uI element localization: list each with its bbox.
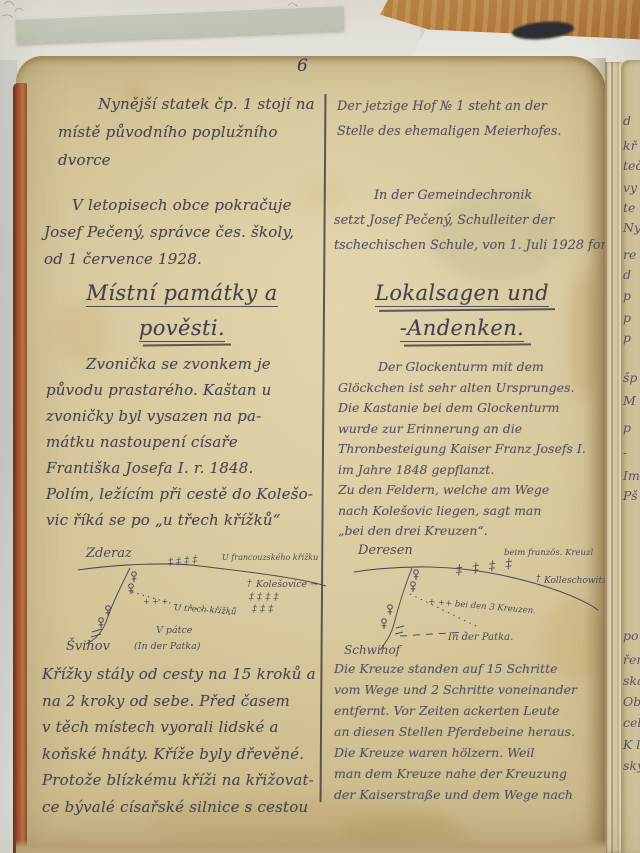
text-line: Zvonička se zvonkem je xyxy=(46,351,332,377)
text-line: Zu den Feldern, welche am Wege xyxy=(338,480,614,501)
text-line: vom Wege und 2 Schritte voneinander xyxy=(334,679,616,700)
text-line: nach Kolešovic liegen, sagt man xyxy=(338,501,614,522)
right-heading-line1: Lokalsagen und xyxy=(342,281,582,307)
side-road-line xyxy=(380,568,412,650)
label-patka: In der Patka. xyxy=(447,632,513,643)
photo-of-chronicle-page: 6 Nynější statek čp. 1 stojí namístě pův… xyxy=(0,0,640,853)
left-paragraph-1: Nynější statek čp. 1 stojí namístě původ… xyxy=(58,90,324,174)
left-diagram-map: Zderaz ‡ ‡ ‡ ‡ U francouzského křížku † … xyxy=(50,542,330,664)
label-french-cross: beim französ. Kreuzl xyxy=(504,548,593,558)
right-heading-text2: -Andenken. xyxy=(400,316,525,342)
next-page-text-fragments: dkřtečvyteNyredpppšpMp-ImPšpořemskaObyce… xyxy=(622,78,640,798)
label-french-cross: U francouzského křížku xyxy=(222,553,318,562)
text-line: Der Glockenturm mit dem xyxy=(338,357,614,378)
text-line: wurde zur Erinnerung an die xyxy=(338,419,614,440)
tick-marks xyxy=(395,626,404,634)
text-line: Die Kreuze waren hölzern. Weil xyxy=(334,742,616,763)
text-line: an diesen Stellen Pferdebeine heraus. xyxy=(334,721,616,742)
page-fore-edges xyxy=(605,62,622,853)
text-line: ce bývalé císařské silnice s cestou xyxy=(42,794,332,821)
text-line: na 2 kroky od sebe. Před časem xyxy=(42,688,332,715)
text-line: Josef Pečený, správce čes. školy, xyxy=(44,219,326,246)
label-zderaz: Zderaz xyxy=(85,546,132,561)
text-line: p xyxy=(623,288,631,303)
text-line: ska xyxy=(623,673,640,688)
text-line: man dem Kreuze nahe der Kreuzung xyxy=(334,763,616,784)
text-line: Františka Josefa I. r. 1848. xyxy=(46,455,332,481)
text-line: im Jahre 1848 gepflanzt. xyxy=(338,460,614,481)
text-line: Die Kreuze standen auf 15 Schritte xyxy=(334,658,616,679)
text-line: koňské hnáty. Kříže byly dřevěné. xyxy=(42,741,332,768)
road-crosses: ‡ ‡ ‡ ‡ xyxy=(167,554,199,568)
text-line: Im xyxy=(623,468,640,483)
text-line: řem xyxy=(623,652,640,667)
road-crosses: ‡ ‡ ‡ ‡ xyxy=(454,556,516,578)
wayside-cross-icon xyxy=(388,605,393,615)
kolesovice-cross-icon: † xyxy=(247,579,252,589)
text-line: te xyxy=(623,200,635,215)
text-line: M xyxy=(623,393,636,408)
spine-crease-shadow xyxy=(584,58,606,853)
text-line: Glöckchen ist sehr alten Ursprunges. xyxy=(338,378,614,399)
text-line: der Kaiserstraße und dem Wege nach xyxy=(334,784,616,805)
text-line: vy xyxy=(623,180,637,195)
right-paragraph-2: In der Gemeindechroniksetzt Josef Pečený… xyxy=(334,183,616,258)
text-line: d xyxy=(623,267,631,282)
cover-edge-red xyxy=(13,83,27,853)
label-schwihof: Schwihof xyxy=(344,643,403,657)
text-line: entfernt. Vor Zeiten ackerten Leute xyxy=(334,700,616,721)
kolleschowitz-cross-icon: † xyxy=(536,574,541,584)
label-kolesovice: Kolešovice → xyxy=(255,579,318,590)
text-line: ský xyxy=(623,758,640,773)
cross-cluster-row1: ‡ ‡ ‡ ‡ xyxy=(248,592,280,603)
left-paragraph-3: Zvonička se zvonkem jepůvodu prastarého.… xyxy=(46,351,332,533)
left-heading-text2: pověsti. xyxy=(139,316,225,342)
text-line: zvoničky byl vysazen na pa- xyxy=(46,403,332,429)
text-line: Polím, ležícím při cestě do Kolešo- xyxy=(46,481,332,507)
text-line: teč xyxy=(623,158,640,173)
text-line: po xyxy=(623,628,639,643)
text-line: kř xyxy=(623,138,637,153)
right-paragraph-3: Der Glockenturm mit demGlöckchen ist seh… xyxy=(338,357,614,542)
right-heading-text1: Lokalsagen und xyxy=(375,281,549,307)
label-three-crosses: U třech křížků xyxy=(174,601,237,617)
text-line: Křížky stály od cesty na 15 kroků a xyxy=(42,661,332,688)
text-line: - xyxy=(623,445,627,460)
text-line: Oby xyxy=(623,694,640,709)
label-patka-de: (In der Patka) xyxy=(134,641,201,652)
text-line: p xyxy=(623,310,631,325)
text-line: mátku nastoupení císaře xyxy=(46,429,332,455)
text-line: Protože blízkému kříži na křižovat- xyxy=(42,767,332,794)
text-line: K l xyxy=(623,737,640,752)
plus-marks: + + + xyxy=(143,597,168,606)
text-line: Stelle des ehemaligen Meierhofes. xyxy=(337,119,609,144)
wayside-cross-icon xyxy=(106,606,111,616)
text-line: Nynější statek čp. 1 stojí na xyxy=(58,90,324,118)
text-line: vic říká se po „u třech křížků“ xyxy=(46,507,332,533)
text-line: původu prastarého. Kaštan u xyxy=(46,377,332,403)
text-line: re xyxy=(623,247,636,262)
text-line: In der Gemeindechronik xyxy=(334,183,616,208)
label-deresen: Deresen xyxy=(357,543,413,558)
text-line: p xyxy=(623,420,631,435)
wayside-cross-icon xyxy=(411,582,416,592)
label-three-crosses: + ++ bei den 3 Kreuzen. xyxy=(428,597,536,616)
text-line: Die Kastanie bei dem Glockenturm xyxy=(338,398,614,419)
label-patka-cz: V pátce xyxy=(156,625,193,636)
right-diagram-map: Deresen ‡ ‡ ‡ ‡ beim französ. Kreuzl † K… xyxy=(336,540,608,666)
right-paragraph-4: Die Kreuze standen auf 15 Schrittevom We… xyxy=(334,658,616,805)
page-bottom-edge xyxy=(16,840,606,853)
text-line: Pš xyxy=(623,488,638,503)
label-svihov: Švihov xyxy=(66,637,111,654)
left-paragraph-4: Křížky stály od cesty na 15 kroků ana 2 … xyxy=(42,661,332,820)
text-line: Der jetzige Hof № 1 steht an der xyxy=(337,94,609,119)
text-line: tschechischen Schule, von 1. Juli 1928 f… xyxy=(334,233,616,258)
left-heading-text1: Místní památky a xyxy=(86,281,277,307)
text-line: v těch místech vyorali lidské a xyxy=(42,714,332,741)
text-line: dvorce xyxy=(58,146,324,174)
right-paragraph-1: Der jetzige Hof № 1 steht an derStelle d… xyxy=(337,94,609,144)
text-line: celk xyxy=(623,715,640,730)
left-paragraph-2: V letopisech obce pokračujeJosef Pečený,… xyxy=(44,192,326,273)
text-line: od 1 července 1928. xyxy=(44,246,326,273)
text-line: „bei den drei Kreuzen“. xyxy=(338,521,614,542)
page-number: 6 xyxy=(297,56,308,76)
text-line: p xyxy=(623,330,631,345)
left-heading-line2: pověsti. xyxy=(58,316,306,342)
text-line: Ny xyxy=(623,220,640,235)
wayside-cross-icon xyxy=(132,572,137,582)
wayside-cross-icon xyxy=(414,570,419,580)
cross-cluster-row2: ‡ ‡ ‡ xyxy=(251,604,274,615)
text-line: d xyxy=(623,113,631,128)
text-line: V letopisech obce pokračuje xyxy=(44,192,326,219)
wayside-cross-icon xyxy=(99,618,104,628)
text-line: místě původního poplužního xyxy=(58,118,324,146)
left-heading-line1: Místní památky a xyxy=(58,281,306,307)
text-line: setzt Josef Pečený, Schulleiter der xyxy=(334,208,616,233)
text-line: šp xyxy=(623,370,637,385)
wayside-cross-icon xyxy=(382,619,387,629)
right-heading-line2: -Andenken. xyxy=(342,316,582,342)
text-line: Thronbesteigung Kaiser Franz Josefs I. xyxy=(338,439,614,460)
